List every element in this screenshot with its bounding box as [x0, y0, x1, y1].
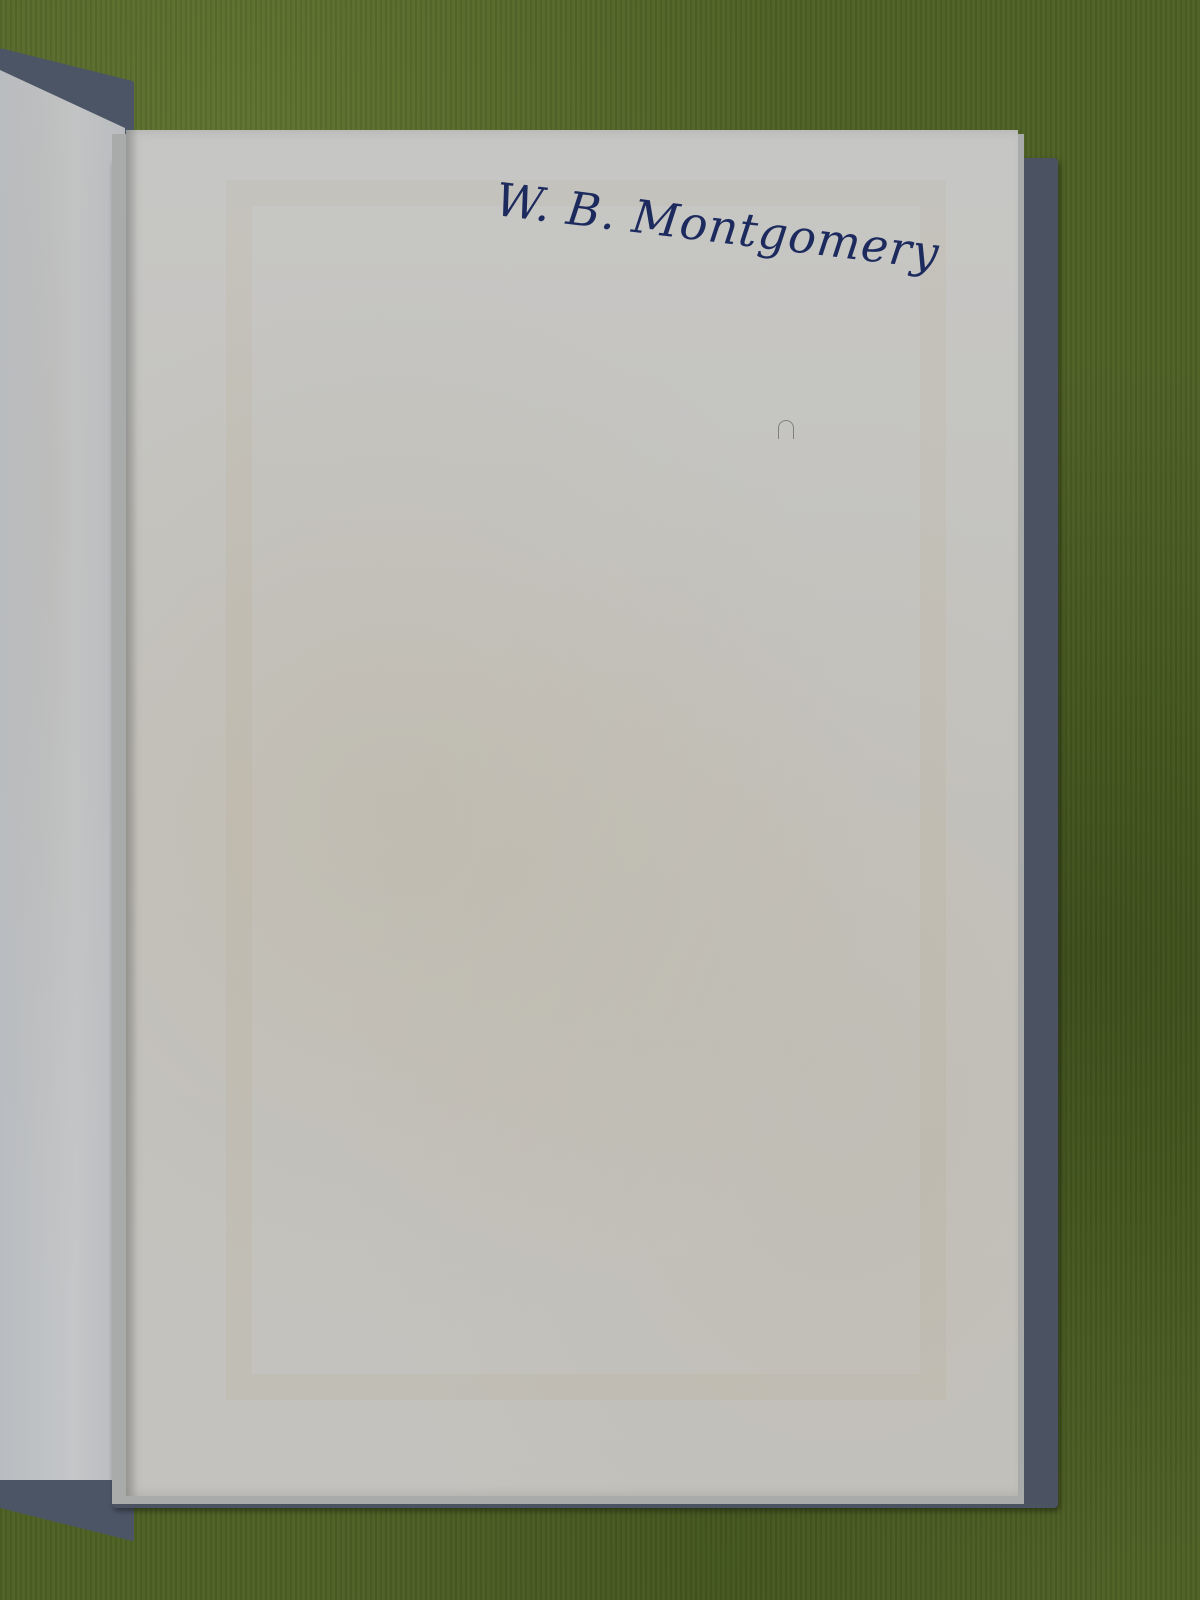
tanned-offset-frame [226, 180, 946, 1400]
paper-fiber [778, 420, 794, 439]
endpaper-page: W. B. Montgomery [126, 130, 1018, 1496]
left-pastedown-page [0, 70, 125, 1480]
gutter-shadow [126, 130, 138, 1496]
